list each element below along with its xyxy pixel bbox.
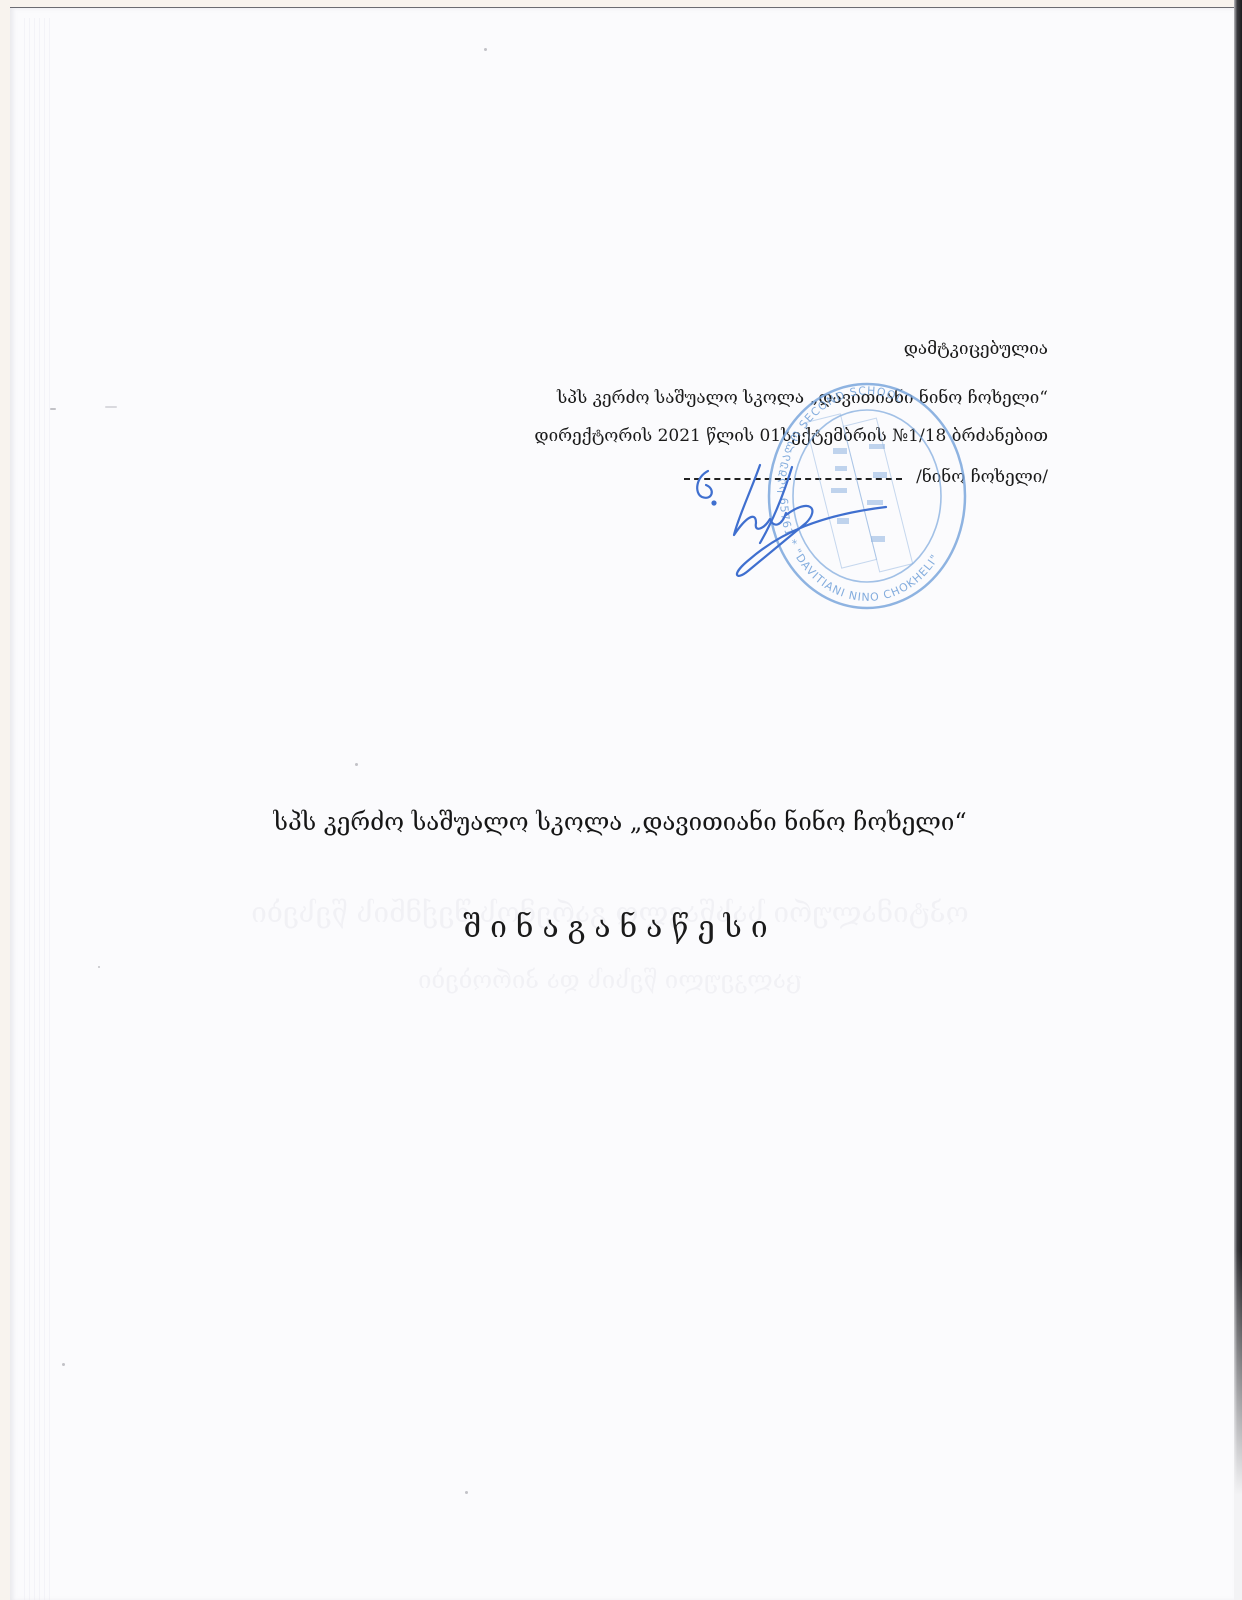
scan-speck	[465, 1491, 468, 1494]
document-page: ოპტიმალური სასწავლო გარემოს შექმნის წესე…	[10, 7, 1234, 1600]
order-reference: დირექტორის 2021 წლის 01სექტემბრის №1/18 …	[534, 428, 1048, 445]
scanner-edge-fade	[1234, 1250, 1242, 1600]
scan-speck	[105, 406, 117, 408]
scan-speck	[355, 763, 358, 766]
signature-line	[684, 468, 902, 480]
scan-speck	[50, 408, 56, 410]
approved-label: დამტკიცებულია	[904, 341, 1048, 358]
svg-text:65761 * "DAVITIANI NINO CHOKHE: 65761 * "DAVITIANI NINO CHOKHELI"	[777, 498, 942, 604]
signature-row: /ნინო ჩოხელი/	[684, 469, 1048, 486]
approval-school-name: სპს კერძო საშუალო სკოლა „დავითიანი ნინო …	[557, 390, 1048, 407]
scan-speck	[98, 966, 100, 968]
show-through-text: ცალკეული წესის და პირობები	[10, 966, 1210, 994]
signatory-name: /ნინო ჩოხელი/	[916, 469, 1048, 486]
scan-speck	[62, 1363, 65, 1366]
school-title: სპს კერძო საშუალო სკოლა „დავითიანი ნინო …	[10, 808, 1220, 836]
document-type-heading: შინაგანაწესი	[10, 910, 1220, 945]
scan-speck	[484, 48, 487, 51]
